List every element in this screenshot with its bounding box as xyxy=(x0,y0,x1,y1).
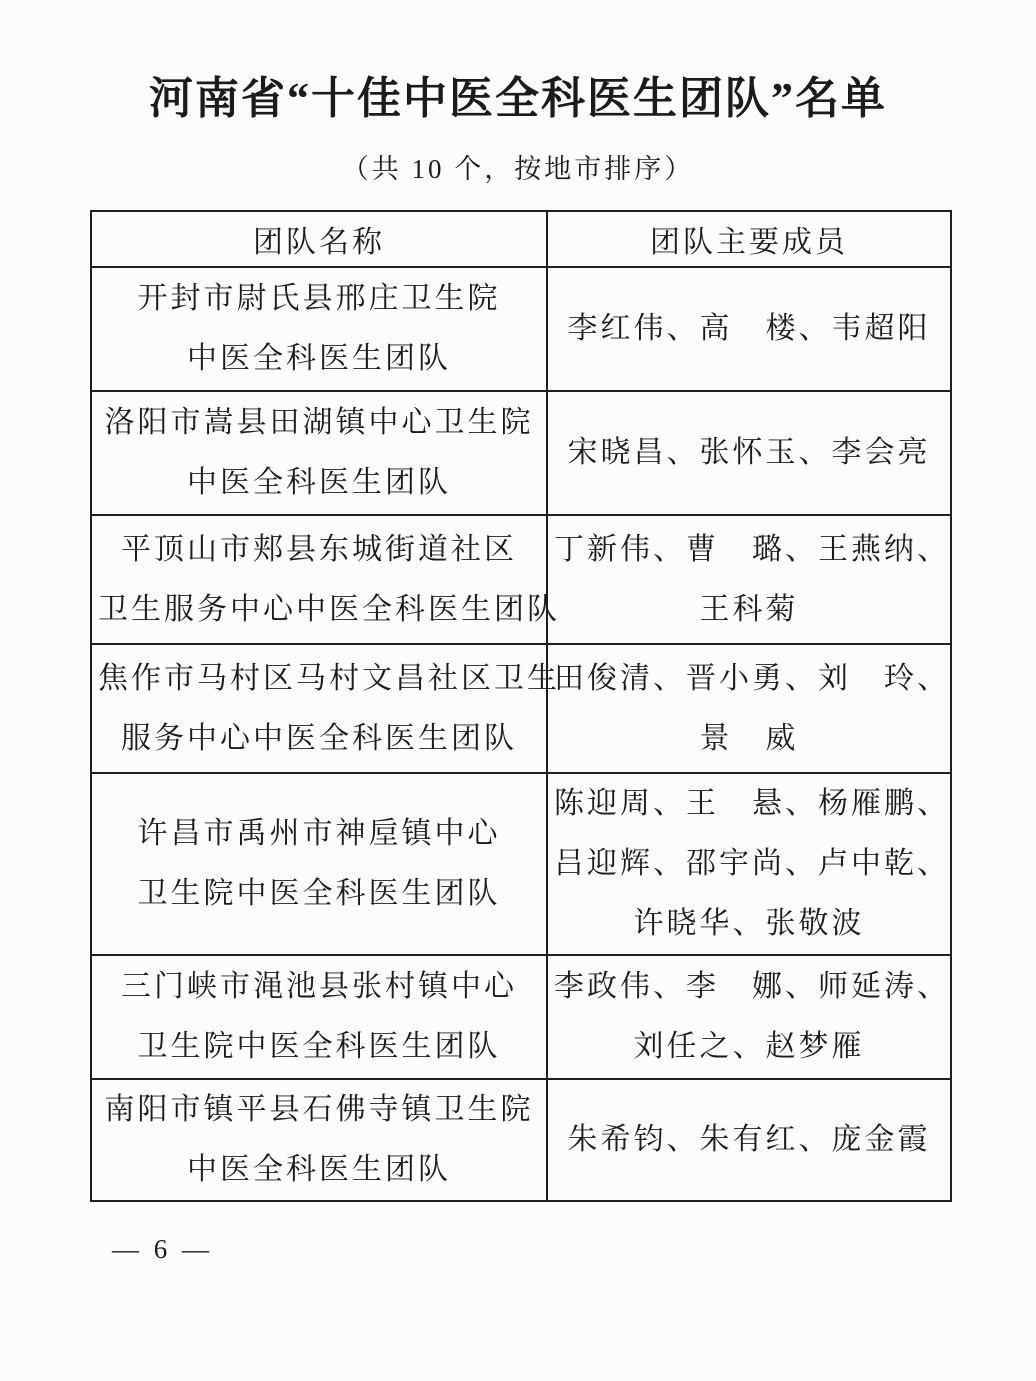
member-line: 朱希钧、朱有红、庞金霞 xyxy=(554,1110,944,1170)
table-row: 洛阳市嵩县田湖镇中心卫生院 中医全科医生团队 宋晓昌、张怀玉、李会亮 xyxy=(91,391,951,515)
table-row: 开封市尉氏县邢庄卫生院 中医全科医生团队 李红伟、高 楼、韦超阳 xyxy=(91,267,951,391)
team-name-line: 焦作市马村区马村文昌社区卫生 xyxy=(98,649,540,709)
team-members-cell: 陈迎周、王 悬、杨雁鹏、 吕迎辉、邵宇尚、卢中乾、 许晓华、张敬波 xyxy=(547,773,951,955)
member-line: 李政伟、李 娜、师延涛、 xyxy=(554,957,944,1017)
team-members-cell: 李政伟、李 娜、师延涛、 刘任之、赵梦雁 xyxy=(547,955,951,1079)
team-members-cell: 田俊清、晋小勇、刘 玲、 景 威 xyxy=(547,644,951,773)
team-name-line: 服务中心中医全科医生团队 xyxy=(98,709,540,769)
team-name-cell: 开封市尉氏县邢庄卫生院 中医全科医生团队 xyxy=(91,267,547,391)
page-subtitle: （共 10 个，按地市排序） xyxy=(0,147,1036,186)
team-name-cell: 平顶山市郏县东城街道社区 卫生服务中心中医全科医生团队 xyxy=(91,515,547,644)
column-header-team-members: 团队主要成员 xyxy=(547,211,951,267)
team-name-line: 中医全科医生团队 xyxy=(98,453,540,513)
table-header-row: 团队名称 团队主要成员 xyxy=(91,211,951,267)
member-line: 王科菊 xyxy=(554,580,944,640)
team-name-line: 中医全科医生团队 xyxy=(98,329,540,389)
team-name-cell: 洛阳市嵩县田湖镇中心卫生院 中医全科医生团队 xyxy=(91,391,547,515)
team-members-cell: 朱希钧、朱有红、庞金霞 xyxy=(547,1079,951,1201)
member-line: 丁新伟、曹 璐、王燕纳、 xyxy=(554,520,944,580)
team-name-cell: 三门峡市渑池县张村镇中心 卫生院中医全科医生团队 xyxy=(91,955,547,1079)
table-row: 三门峡市渑池县张村镇中心 卫生院中医全科医生团队 李政伟、李 娜、师延涛、 刘任… xyxy=(91,955,951,1079)
team-members-cell: 宋晓昌、张怀玉、李会亮 xyxy=(547,391,951,515)
team-name-line: 中医全科医生团队 xyxy=(98,1140,540,1200)
member-line: 陈迎周、王 悬、杨雁鹏、 xyxy=(554,774,944,834)
team-name-line: 卫生服务中心中医全科医生团队 xyxy=(98,580,540,640)
table-row: 南阳市镇平县石佛寺镇卫生院 中医全科医生团队 朱希钧、朱有红、庞金霞 xyxy=(91,1079,951,1201)
member-line: 田俊清、晋小勇、刘 玲、 xyxy=(554,649,944,709)
team-name-cell: 许昌市禹州市神垕镇中心 卫生院中医全科医生团队 xyxy=(91,773,547,955)
page-number: — 6 — xyxy=(112,1234,213,1265)
table-row: 许昌市禹州市神垕镇中心 卫生院中医全科医生团队 陈迎周、王 悬、杨雁鹏、 吕迎辉… xyxy=(91,773,951,955)
team-name-line: 平顶山市郏县东城街道社区 xyxy=(98,520,540,580)
team-members-cell: 丁新伟、曹 璐、王燕纳、 王科菊 xyxy=(547,515,951,644)
column-header-team-name: 团队名称 xyxy=(91,211,547,267)
member-line: 宋晓昌、张怀玉、李会亮 xyxy=(554,423,944,483)
team-name-line: 三门峡市渑池县张村镇中心 xyxy=(98,957,540,1017)
member-line: 景 威 xyxy=(554,709,944,769)
team-name-line: 卫生院中医全科医生团队 xyxy=(98,1017,540,1077)
page-title: 河南省“十佳中医全科医生团队”名单 xyxy=(0,0,1036,125)
teams-table: 团队名称 团队主要成员 开封市尉氏县邢庄卫生院 中医全科医生团队 李红伟、高 楼… xyxy=(90,210,952,1202)
team-name-cell: 焦作市马村区马村文昌社区卫生 服务中心中医全科医生团队 xyxy=(91,644,547,773)
team-name-line: 南阳市镇平县石佛寺镇卫生院 xyxy=(98,1080,540,1140)
member-line: 许晓华、张敬波 xyxy=(554,894,944,954)
team-members-cell: 李红伟、高 楼、韦超阳 xyxy=(547,267,951,391)
member-line: 李红伟、高 楼、韦超阳 xyxy=(554,299,944,359)
team-name-line: 卫生院中医全科医生团队 xyxy=(98,864,540,924)
team-name-line: 许昌市禹州市神垕镇中心 xyxy=(98,804,540,864)
document-page: 河南省“十佳中医全科医生团队”名单 （共 10 个，按地市排序） 团队名称 团队… xyxy=(0,0,1036,1381)
team-name-cell: 南阳市镇平县石佛寺镇卫生院 中医全科医生团队 xyxy=(91,1079,547,1201)
team-name-line: 开封市尉氏县邢庄卫生院 xyxy=(98,269,540,329)
member-line: 刘任之、赵梦雁 xyxy=(554,1017,944,1077)
member-line: 吕迎辉、邵宇尚、卢中乾、 xyxy=(554,834,944,894)
table-row: 焦作市马村区马村文昌社区卫生 服务中心中医全科医生团队 田俊清、晋小勇、刘 玲、… xyxy=(91,644,951,773)
team-name-line: 洛阳市嵩县田湖镇中心卫生院 xyxy=(98,393,540,453)
table-row: 平顶山市郏县东城街道社区 卫生服务中心中医全科医生团队 丁新伟、曹 璐、王燕纳、… xyxy=(91,515,951,644)
